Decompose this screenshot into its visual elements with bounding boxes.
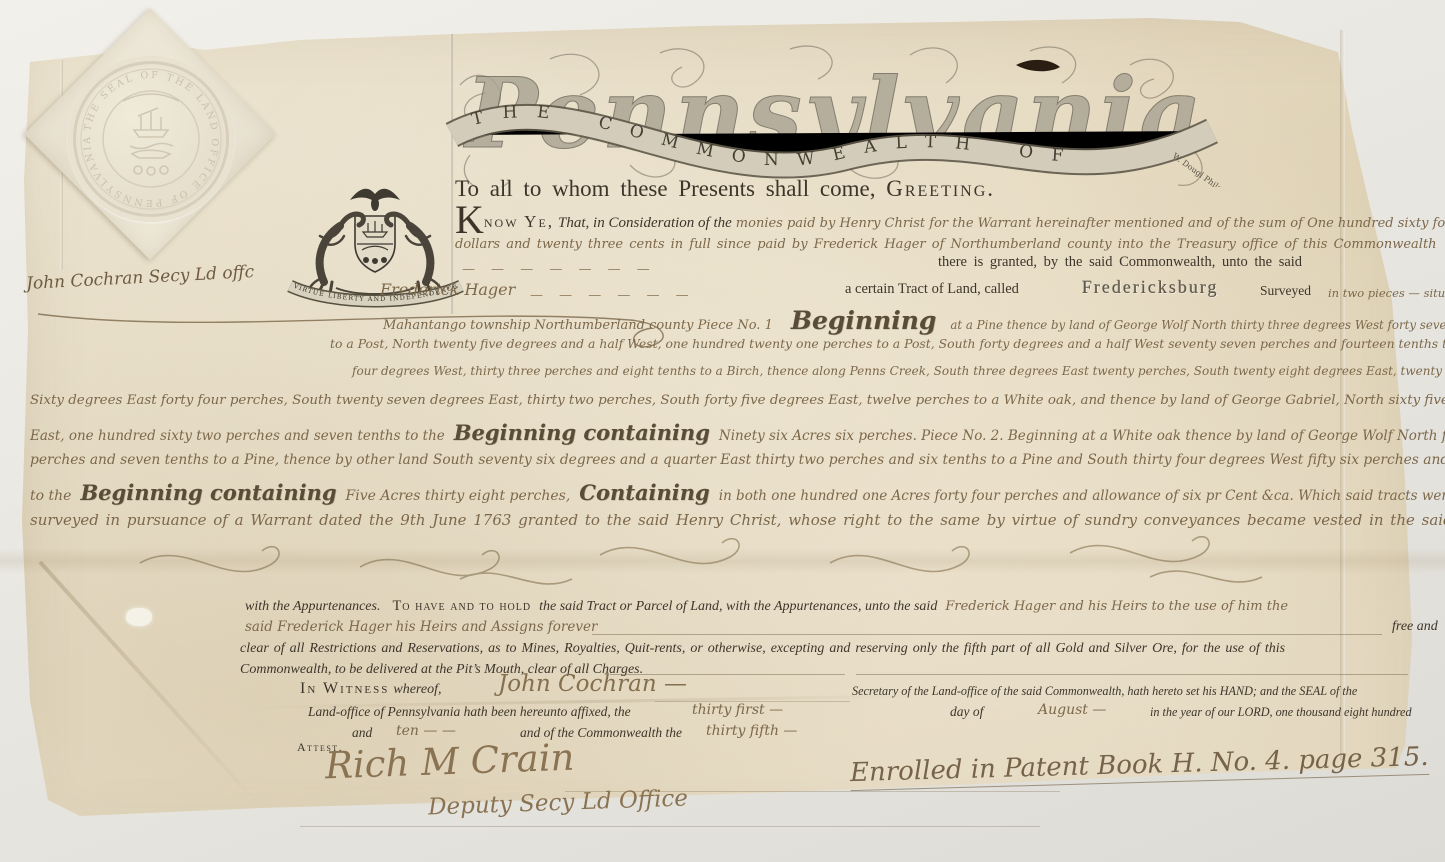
desc-7c: Five Acres thirty eight perches, — [346, 488, 571, 504]
whereof-printed: whereof, — [393, 682, 441, 697]
paper-blemish — [126, 608, 152, 626]
consideration-printed: That, in Consideration of the — [558, 215, 732, 231]
appurtenances-printed: with the Appurtenances. — [245, 599, 380, 614]
description-line-8: surveyed in pursuance of a Warrant dated… — [30, 511, 1445, 529]
description-line-2: to a Post, North twenty five degrees and… — [330, 336, 1445, 351]
to-have-and-to-hold: To have and to hold — [392, 598, 531, 614]
description-line-4: Sixty degrees East forty four perches, S… — [30, 393, 1445, 408]
desc-1b-ornate: Beginning — [791, 306, 937, 335]
engraved-heading: Pennsylvania THE COMMONWEALTH OF W. Doug… — [430, 35, 1240, 187]
embossed-land-office-seal: THE SEAL OF THE LAND OFFICE OF PENNSYLVA… — [68, 56, 234, 222]
eagle-crest — [350, 189, 400, 211]
clear-of-restrictions-line: clear of all Restrictions and Reservatio… — [240, 641, 1285, 657]
divider-flourishes — [130, 533, 1330, 591]
desc-5c: Ninety six Acres six perches. Piece No. … — [719, 428, 1445, 444]
deputy-signature: Rich M Crain — [324, 736, 575, 788]
description-line-3: four degrees West, thirty three perches … — [352, 364, 1445, 378]
year-printed: in the year of our LORD, one thousand ei… — [1150, 705, 1412, 720]
greeting-text: To all to whom these Presents shall come… — [455, 176, 876, 201]
know-ye-line: Know Ye, That, in Consideration of the m… — [455, 200, 1445, 240]
day-of-printed: day of — [950, 704, 983, 720]
desc-7e: in both one hundred one Acres forty four… — [719, 488, 1445, 504]
desc-7b-ornate: Beginning containing — [80, 480, 336, 505]
day-script: thirty first — — [692, 702, 783, 718]
greeting-word: Greeting. — [886, 176, 995, 201]
surveyed-script: in two pieces — situate in — [1328, 286, 1445, 300]
greeting-line: To all to whom these Presents shall come… — [455, 176, 995, 202]
granted-printed: there is granted, by the said Commonweal… — [938, 254, 1302, 271]
month-script: August — — [1038, 702, 1106, 718]
commonwealth-year-script: thirty fifth — — [706, 723, 797, 739]
consideration-script-2: dollars and twenty three cents in full s… — [455, 237, 1437, 252]
land-office-line: Land-office of Pennsylvania hath been he… — [308, 704, 631, 720]
tract-name-engrossed: Fredericksburg — [1082, 277, 1219, 298]
habendum-line-1: with the Appurtenances. To have and to h… — [245, 597, 1288, 615]
drop-cap-K: K — [455, 197, 484, 242]
secretary-printed: Secretary of the Land-office of the said… — [852, 684, 1357, 699]
desc-7d-ornate: Containing — [579, 480, 709, 505]
desc-1a: Mahantango township Northumberland count… — [383, 318, 773, 333]
description-line-6: perches and seven tenths to a Pine, then… — [30, 452, 1445, 468]
know-ye-smallcaps: now Ye, — [484, 212, 554, 231]
seal-engraving: THE SEAL OF THE LAND OFFICE OF PENNSYLVA… — [68, 56, 234, 222]
description-line-1: Mahantango township Northumberland count… — [383, 306, 1445, 335]
grantee-habendum-script: Frederick Hager and his Heirs to the use… — [945, 599, 1288, 614]
signature-baseline-rule — [300, 826, 1040, 827]
blank-form-rule — [856, 674, 1408, 675]
description-line-7: to the Beginning containing Five Acres t… — [30, 480, 1445, 505]
desc-1c: at a Pine thence by land of George Wolf … — [950, 318, 1445, 332]
seal-ship-plough-sheaves — [123, 94, 179, 175]
grantee-name-script: Frederick Hager — [380, 280, 515, 299]
secretary-signature-script: John Cochran — — [498, 671, 687, 697]
photo-of-land-patent: { "photo":{"backdrop":"#eae8e2","parchme… — [0, 0, 1445, 862]
blank-form-rule — [592, 634, 1382, 635]
consideration-script-1: monies paid by Henry Christ for the Warr… — [736, 216, 1445, 231]
pen-dash-row: — — — — — — — — [462, 262, 656, 277]
year-ten-script: ten — — — [396, 723, 456, 739]
habendum-script-2: said Frederick Hager his Heirs and Assig… — [245, 619, 597, 635]
description-line-5: East, one hundred sixty two perches and … — [30, 420, 1445, 445]
surveyed-printed: Surveyed — [1260, 283, 1311, 299]
tract-printed: a certain Tract of Land, called — [845, 281, 1019, 298]
witness-line-1: In Witness whereof, — [300, 680, 441, 698]
and-printed: and — [352, 725, 372, 741]
in-witness-smallcaps: In Witness — [300, 680, 389, 697]
free-and-printed: free and — [1392, 619, 1438, 635]
desc-7a: to the — [30, 488, 71, 504]
desc-5b-ornate: Beginning containing — [454, 420, 710, 445]
to-have-rest: the said Tract or Parcel of Land, with t… — [539, 599, 937, 614]
desc-5a: East, one hundred sixty two perches and … — [30, 428, 445, 444]
